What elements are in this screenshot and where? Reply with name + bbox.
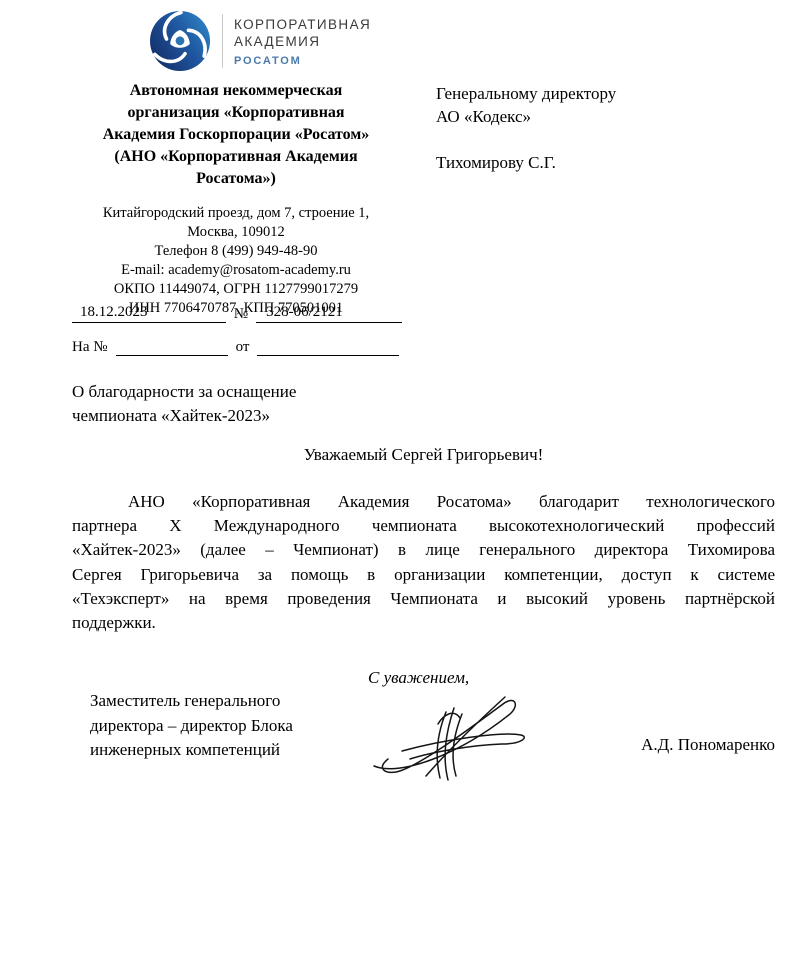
org-name-line: Автономная некоммерческая [70,80,402,102]
address-line: Китайгородский проезд, дом 7, строение 1… [70,204,402,223]
job-title-line: Заместитель генерального [90,689,380,714]
reference-block: 18.12.2023 № 328-06/2121 На № от [72,304,402,356]
reply-date-blank-field [257,337,399,356]
addressee-line: Генеральному директору [436,82,766,105]
reply-from-label: от [236,339,250,356]
letterhead-logo: КОРПОРАТИВНАЯ АКАДЕМИЯ РОСАТОМ [148,9,371,73]
body-line: поддержки. [72,611,775,635]
wordmark-line-2: АКАДЕМИЯ [234,33,371,50]
body-line: «Хайтек-2023» (далее – Чемпионат) в лице… [72,538,775,562]
logo-wordmark: КОРПОРАТИВНАЯ АКАДЕМИЯ РОСАТОМ [234,16,371,67]
org-name-line: (АНО «Корпоративная Академия [70,146,402,168]
sender-block: Автономная некоммерческаяорганизация «Ко… [70,80,402,318]
subject-block: О благодарности за оснащениечемпионата «… [72,380,432,428]
rosatom-logo-icon [148,9,212,73]
addressee-line: АО «Кодекс» [436,105,766,128]
wordmark-line-1: КОРПОРАТИВНАЯ [234,16,371,33]
letter-document: КОРПОРАТИВНАЯ АКАДЕМИЯ РОСАТОМ Автономна… [0,0,800,977]
address-line: E-mail: academy@rosatom-academy.ru [70,261,402,280]
letter-date: 18.12.2023 [72,304,226,323]
address-line: Телефон 8 (499) 949-48-90 [70,242,402,261]
body-line: партнера X Международного чемпионата выс… [72,514,775,538]
salutation: Уважаемый Сергей Григорьевич! [72,445,775,465]
sender-address: Китайгородский проезд, дом 7, строение 1… [70,204,402,318]
sender-org-name: Автономная некоммерческаяорганизация «Ко… [70,80,402,190]
reply-to-label: На № [72,339,108,356]
body-line: Сергея Григорьевича за помощь в организа… [72,563,775,587]
signer-name: А.Д. Пономаренко [641,735,775,755]
addressee-block: Генеральному директоруАО «Кодекс» Тихоми… [436,82,766,174]
signature-scribble [362,684,537,782]
body-line: АНО «Корпоративная Академия Росатома» бл… [72,490,775,514]
number-sign-label: № [234,306,248,323]
letter-body: АНО «Корпоративная Академия Росатома» бл… [72,490,775,635]
job-title-line: инженерных компетенций [90,738,380,763]
body-line: «Техэксперт» на время проведения Чемпион… [72,587,775,611]
job-title-line: директора – директор Блока [90,714,380,739]
reference-row-date: 18.12.2023 № 328-06/2121 [72,304,402,323]
org-name-line: организация «Корпоративная [70,102,402,124]
subject-line: О благодарности за оснащение [72,380,432,404]
brand-name: РОСАТОМ [234,55,371,67]
reference-row-reply: На № от [72,337,402,356]
address-line: ОКПО 11449074, ОГРН 1127799017279 [70,280,402,299]
signer-job-title: Заместитель генеральногодиректора – дире… [90,689,380,763]
org-name-line: Росатома») [70,168,402,190]
logo-divider [222,14,223,68]
subject-line: чемпионата «Хайтек-2023» [72,404,432,428]
org-name-line: Академия Госкорпорации «Росатом» [70,124,402,146]
addressee-line [436,128,766,151]
addressee-line: Тихомирову С.Г. [436,151,766,174]
reply-number-blank-field [116,337,228,356]
letter-number: 328-06/2121 [256,304,402,323]
address-line: Москва, 109012 [70,223,402,242]
